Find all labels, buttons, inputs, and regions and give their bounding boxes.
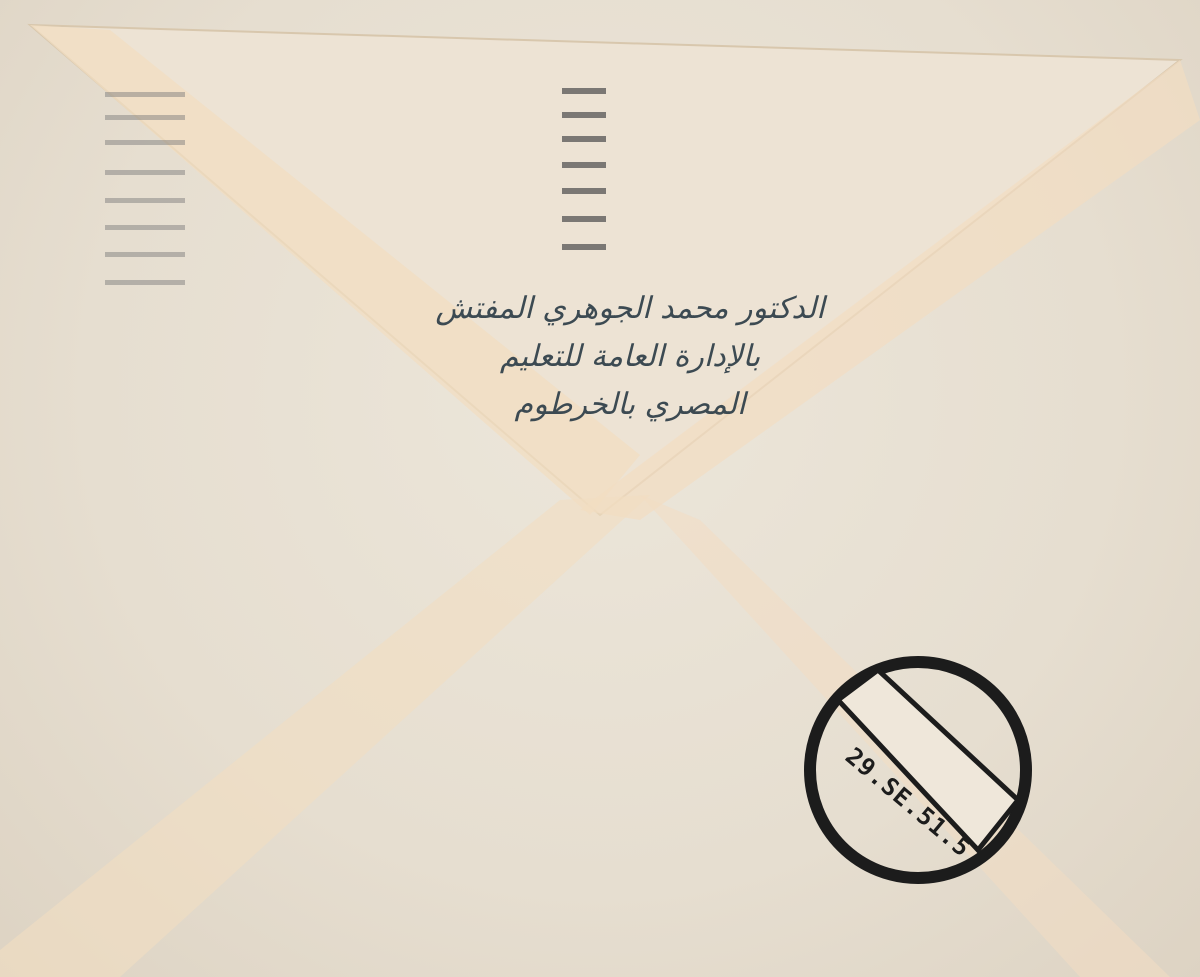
sender-line-1: الدكتور محمد الجوهري المفتش — [430, 285, 830, 333]
postmark — [810, 662, 1026, 878]
sender-line-2: بالإدارة العامة للتعليم — [430, 333, 830, 381]
sender-line-3: المصري بالخرطوم — [430, 381, 830, 429]
envelope-back: الدكتور محمد الجوهري المفتش بالإدارة الع… — [0, 0, 1200, 977]
handwritten-sender-address: الدكتور محمد الجوهري المفتش بالإدارة الع… — [430, 285, 830, 429]
envelope-flaps — [0, 0, 1200, 977]
